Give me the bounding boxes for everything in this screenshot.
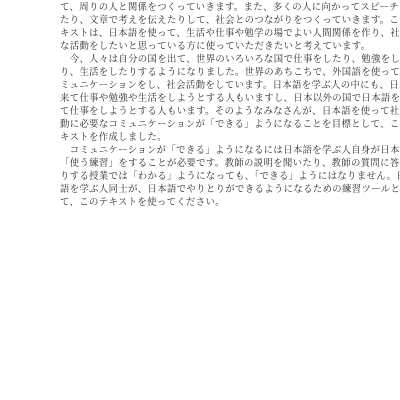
intro-line-3: キストは、日本語を使って、生活や仕事や勉学の場でよい人間関係を作り、社会的 [60,28,350,39]
intro-line-14: りする授業では「わかる」ようになっても、「できる」ようにはなりません。日本 [60,171,350,182]
intro-line-13: 「使う練習」をすることが必要です。教師の説明を聞いたり、教師の質問に答えた [60,158,350,169]
intro-line-1: て、周りの人と関係をつくっていきます。また、多くの人に向かってスピーチをし [60,2,350,13]
intro-line-11: キストを作成しました。 [60,132,350,143]
intro-line-10: 動に必要なコミュニケーションが「できる」ようになることを目標として、このテ [60,119,350,130]
intro-line-16: て、このテキストを使ってください。 [60,197,350,208]
intro-line-4: な活動をしたいと思っている方に使っていただきたいと考えています。 [60,41,350,52]
intro-line-7: ミュニケーションをし、社会活動をしています。日本語を学ぶ人の中にも、日本に [60,80,350,91]
document-body: て、周りの人と関係をつくっていきます。また、多くの人に向かってスピーチをし たり… [0,0,400,400]
intro-line-2: たり、文章で考えを伝えたりして、社会とのつながりをつくっていきます。このテ [60,15,350,26]
intro-line-9: て仕事をしようとする人もいます。そのようなみなさんが、日本語を使って社会活 [60,106,350,117]
intro-line-8: 来て仕事や勉強や生活をしようとする人もいますし、日本以外の国で日本語を使っ [60,93,350,104]
intro-line-6: り、生活をしたりするようになりました。世界のあちこちで、外国語を使ってコ [60,67,350,78]
intro-line-5: 今、人々は自分の国を出て、世界のいろいろな国で仕事をしたり、勉強をした [60,54,350,65]
intro-line-15: 語を学ぶ人同士が、日本語でやりとりができるようになるための練習ツールとし [60,184,350,195]
intro-line-12: コミュニケーションが「できる」ようになるには日本語を学ぶ人自身が日本語を [60,145,350,156]
